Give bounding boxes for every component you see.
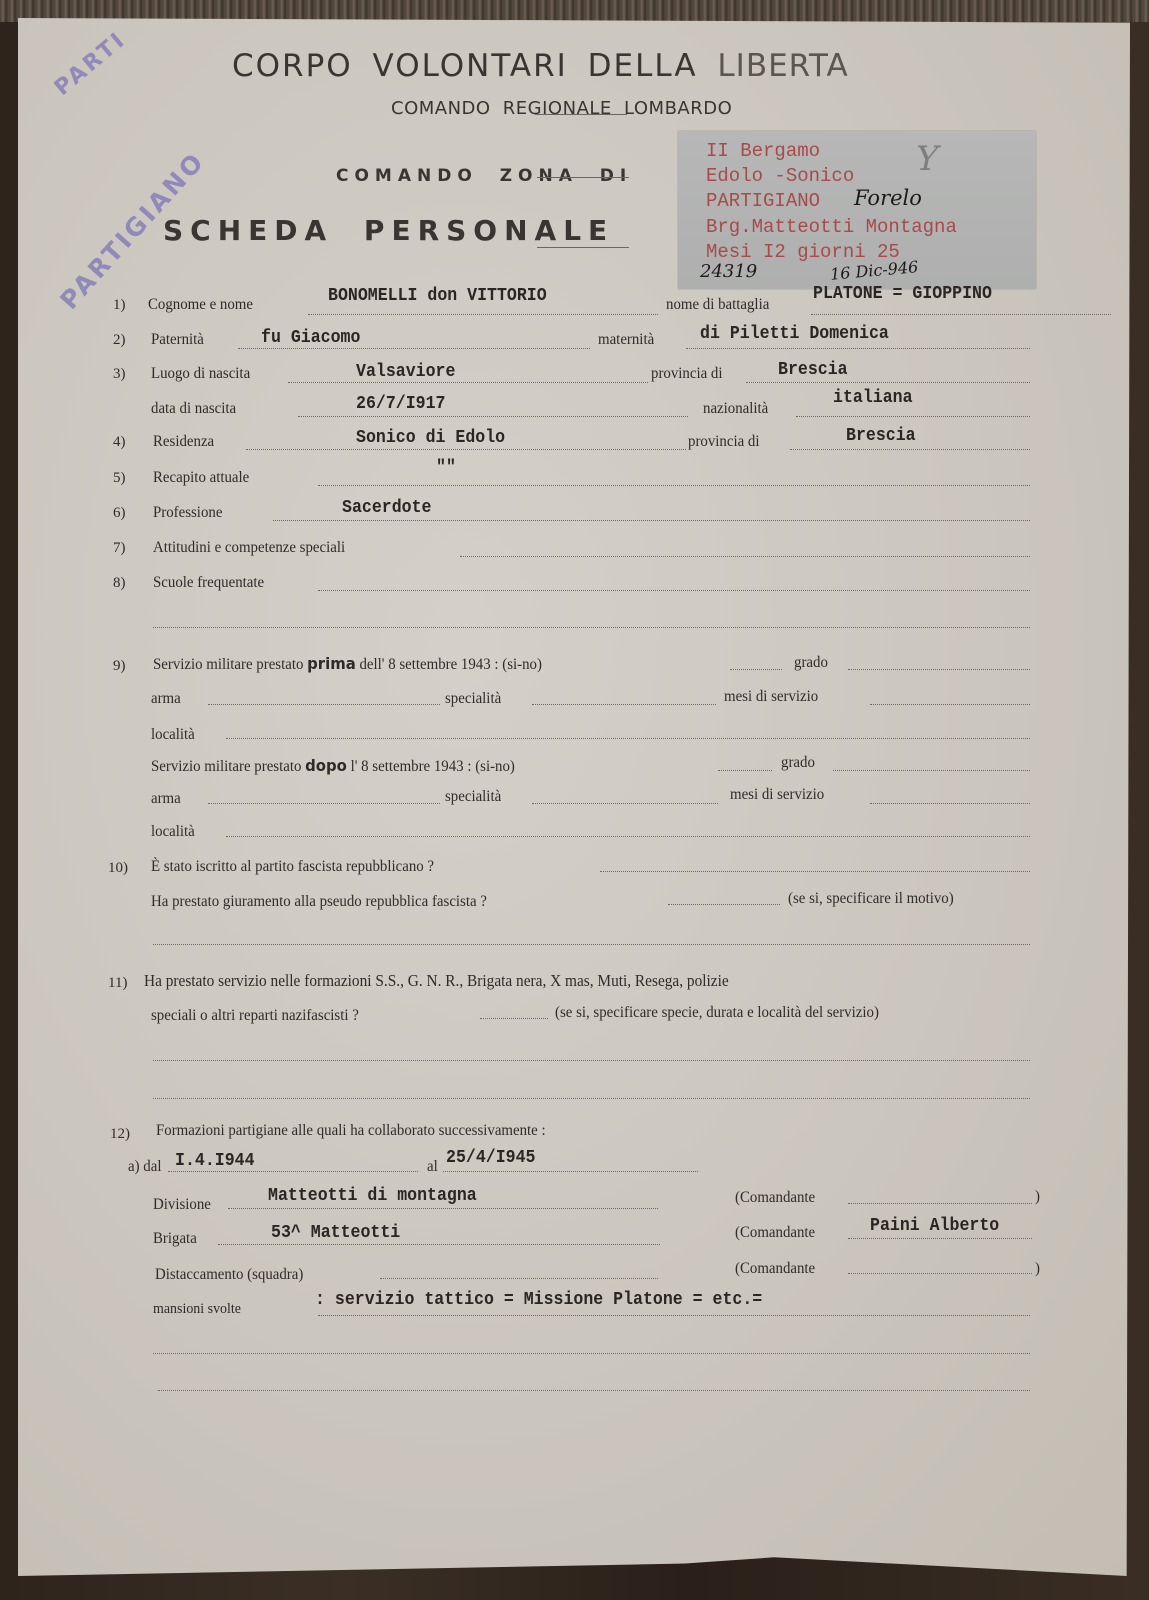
- dotted-line: [686, 348, 1030, 349]
- label-text: dell' 8 settembre 1943 : (si-no): [359, 656, 541, 673]
- dotted-line: [848, 1238, 1032, 1239]
- value-nazionalita: italiana: [833, 388, 913, 408]
- label-specificare-servizio: (se si, specificare specie, durata e loc…: [555, 1004, 879, 1022]
- dotted-line: [833, 770, 1030, 771]
- label-nome-battaglia: nome di battaglia: [666, 296, 769, 314]
- title-text-faded: LIBERTA: [717, 48, 848, 84]
- label-provincia-residenza: provincia di: [688, 433, 759, 451]
- dotted-line: [380, 1278, 658, 1279]
- label-specialita: specialità: [445, 788, 501, 806]
- dotted-line: [318, 485, 1030, 486]
- zona-heading: COMANDO ZONA DI: [336, 166, 632, 186]
- dotted-line: [848, 1273, 1032, 1274]
- handwritten-number: 24319: [700, 261, 757, 282]
- field-number: 2): [113, 332, 126, 349]
- label-residenza: Residenza: [153, 433, 214, 451]
- paren-close: ): [1035, 1260, 1040, 1278]
- dotted-line: [790, 449, 1030, 450]
- dotted-line: [308, 314, 658, 315]
- pencil-mark: Y: [916, 139, 938, 179]
- value-data-nascita: 26/7/I917: [356, 394, 445, 414]
- label-formazioni-nazifasciste: Ha prestato servizio nelle formazioni S.…: [144, 971, 729, 991]
- dotted-line: [318, 1315, 1030, 1316]
- label-localita: località: [151, 726, 195, 744]
- label-scuole: Scuole frequentate: [153, 574, 264, 592]
- paren-close: ): [1035, 1188, 1040, 1206]
- label-attitudini: Attitudini e competenze speciali: [153, 539, 345, 557]
- dotted-line: [153, 1353, 1030, 1354]
- label-maternita: maternità: [598, 331, 654, 349]
- label-specificare-motivo: (se si, specificare il motivo): [788, 890, 954, 908]
- scheda-heading: SCHEDA PERSONALE: [163, 214, 614, 247]
- divider: [535, 114, 627, 115]
- field-number: 8): [113, 575, 126, 592]
- label-mansioni: mansioni svolte: [153, 1301, 241, 1318]
- dotted-line: [848, 669, 1030, 670]
- label-distaccamento: Distaccamento (squadra): [155, 1266, 303, 1284]
- label-mesi-servizio: mesi di servizio: [730, 786, 824, 804]
- dotted-line: [168, 1171, 418, 1172]
- field-number: 1): [113, 297, 126, 314]
- value-residenza: Sonico di Edolo: [356, 428, 505, 448]
- document-subtitle: COMANDO REGIONALE LOMBARDO: [391, 98, 732, 119]
- label-formazioni-partigiane: Formazioni partigiane alle quali ha coll…: [156, 1122, 546, 1140]
- field-number: 12): [110, 1126, 130, 1143]
- value-comandante-brigata: Paini Alberto: [870, 1216, 999, 1236]
- label-comandante: (Comandante: [735, 1189, 815, 1207]
- attached-slip: II Bergamo Edolo -Sonico PARTIGIANO Brg.…: [678, 131, 1036, 289]
- label-text: Servizio militare prestato: [151, 758, 301, 775]
- label-dal: a) dal: [128, 1158, 161, 1176]
- value-divisione: Matteotti di montagna: [268, 1186, 477, 1206]
- label-arma: arma: [151, 790, 181, 808]
- dotted-line: [218, 1244, 660, 1245]
- dotted-line: [532, 803, 718, 804]
- dotted-line: [848, 1203, 1032, 1204]
- label-paternita: Paternità: [151, 331, 204, 349]
- slip-line: II Bergamo: [706, 139, 820, 165]
- title-text: CORPO VOLONTARI DELLA: [232, 48, 698, 84]
- label-reparti: speciali o altri reparti nazifascisti ?: [151, 1007, 359, 1025]
- dotted-line: [600, 871, 1030, 872]
- dotted-line: [273, 520, 1030, 521]
- dotted-line: [226, 738, 1030, 739]
- field-number: 11): [108, 975, 127, 992]
- dotted-line: [811, 314, 1111, 315]
- divider: [537, 177, 629, 178]
- dotted-line: [298, 416, 688, 417]
- label-bold: dopo: [305, 756, 347, 775]
- label-iscritto-pfr: È stato iscritto al partito fascista rep…: [151, 858, 434, 876]
- dotted-line: [668, 904, 780, 905]
- value-mansioni: : servizio tattico = Missione Platone = …: [315, 1290, 762, 1310]
- field-number: 4): [113, 434, 126, 451]
- value-cognome-nome: BONOMELLI don VITTORIO: [328, 286, 547, 306]
- dotted-line: [288, 382, 648, 383]
- dotted-line: [153, 1060, 1030, 1061]
- label-localita: località: [151, 823, 195, 841]
- field-number: 6): [113, 505, 126, 522]
- label-grado: grado: [794, 654, 828, 672]
- dotted-line: [153, 944, 1030, 945]
- field-number: 9): [113, 658, 126, 675]
- label-data-nascita: data di nascita: [151, 400, 236, 418]
- label-comandante: (Comandante: [735, 1224, 815, 1242]
- dotted-line: [870, 803, 1030, 804]
- value-al: 25/4/I945: [446, 1148, 535, 1168]
- value-maternita: di Piletti Domenica: [700, 324, 889, 344]
- dotted-line: [228, 1208, 658, 1209]
- label-giuramento: Ha prestato giuramento alla pseudo repub…: [151, 893, 487, 911]
- value-recapito: "": [436, 458, 456, 478]
- value-dal: I.4.I944: [175, 1151, 255, 1171]
- label-professione: Professione: [153, 504, 222, 522]
- label-recapito: Recapito attuale: [153, 469, 249, 487]
- value-provincia-residenza: Brescia: [846, 426, 916, 446]
- value-professione: Sacerdote: [342, 498, 431, 518]
- label-brigata: Brigata: [153, 1230, 197, 1248]
- dotted-line: [460, 556, 1030, 557]
- dotted-line: [746, 382, 1030, 383]
- label-servizio-dopo: Servizio militare prestato dopo l' 8 set…: [151, 756, 515, 776]
- value-luogo-nascita: Valsaviore: [356, 362, 455, 382]
- slip-line: Edolo -Sonico: [706, 164, 854, 190]
- label-al: al: [427, 1158, 438, 1176]
- dotted-line: [153, 627, 1030, 628]
- label-grado: grado: [781, 754, 815, 772]
- dotted-line: [443, 1171, 698, 1172]
- dotted-line: [158, 1390, 1030, 1391]
- dotted-line: [870, 704, 1030, 705]
- dotted-line: [318, 590, 1030, 591]
- value-paternita: fu Giacomo: [261, 328, 360, 348]
- field-number: 5): [113, 470, 126, 487]
- label-text: Servizio militare prestato: [153, 656, 303, 673]
- label-specialita: specialità: [445, 690, 501, 708]
- field-number: 7): [113, 540, 126, 557]
- partigiano-stamp-partial: PARTI: [50, 27, 131, 101]
- label-servizio-prima: Servizio militare prestato prima dell' 8…: [153, 654, 542, 674]
- dotted-line: [246, 449, 686, 450]
- label-arma: arma: [151, 690, 181, 708]
- dotted-line: [238, 348, 590, 349]
- field-number: 3): [113, 366, 126, 383]
- dotted-line: [208, 704, 440, 705]
- field-number: 10): [108, 860, 128, 877]
- divider: [537, 247, 629, 248]
- dotted-line: [208, 803, 440, 804]
- value-brigata: 53^ Matteotti: [271, 1223, 400, 1243]
- slip-line: PARTIGIANO: [706, 189, 820, 215]
- slip-line: Brg.Matteotti Montagna: [706, 215, 957, 241]
- dotted-line: [730, 669, 782, 670]
- value-nome-battaglia: PLATONE = GIOPPINO: [813, 284, 992, 304]
- dotted-line: [718, 770, 772, 771]
- dotted-line: [480, 1018, 548, 1019]
- handwritten-word: Forelo: [854, 186, 922, 210]
- label-nazionalita: nazionalità: [703, 400, 768, 418]
- label-mesi-servizio: mesi di servizio: [724, 688, 818, 706]
- dotted-line: [226, 836, 1030, 837]
- label-text: l' 8 settembre 1943 : (si-no): [351, 758, 515, 775]
- label-bold: prima: [307, 654, 356, 673]
- label-cognome-nome: Cognome e nome: [148, 296, 253, 314]
- document-title: CORPO VOLONTARI DELLA LIBERTA: [232, 48, 849, 84]
- label-luogo-nascita: Luogo di nascita: [151, 365, 250, 383]
- dotted-line: [532, 704, 716, 705]
- label-provincia: provincia di: [651, 365, 722, 383]
- dotted-line: [153, 1098, 1030, 1099]
- value-provincia: Brescia: [778, 360, 848, 380]
- label-divisione: Divisione: [153, 1196, 211, 1214]
- document-sheet: CORPO VOLONTARI DELLA LIBERTA COMANDO RE…: [18, 18, 1130, 1576]
- label-comandante: (Comandante: [735, 1260, 815, 1278]
- dotted-line: [796, 416, 1030, 417]
